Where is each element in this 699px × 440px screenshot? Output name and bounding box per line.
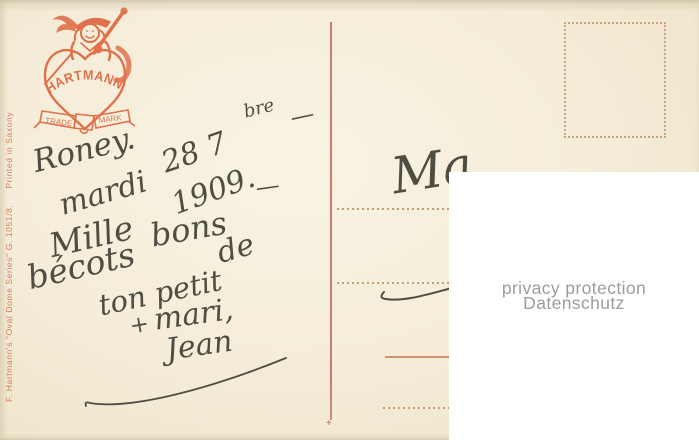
card-edge-left [0,0,8,440]
center-divider-line [330,22,332,420]
hw-de: de [214,230,258,269]
card-edge-top [0,0,699,14]
hw-dash-2: — [254,173,281,200]
ribbon-trade-text: TRADE [45,116,73,128]
address-line-4 [383,407,455,409]
hw-t-mark: + [128,313,151,339]
hw-day-superscript: bre [242,97,276,122]
hartmann-logo: HARTMANN TRADE MARK [32,6,138,138]
address-line-3 [385,356,453,358]
divider-end-mark: + [326,418,332,429]
address-line-1 [337,208,453,210]
privacy-overlay: privacy protection Datenschutz [449,172,699,440]
hw-dash-1: — [288,101,316,129]
postcard-back: HARTMANN TRADE MARK F. Hartmann's "Oval … [0,0,699,440]
address-stroke [374,282,454,304]
stamp-box [564,22,666,138]
privacy-text-de: Datenschutz [523,293,625,314]
signature-flourish [82,350,292,410]
